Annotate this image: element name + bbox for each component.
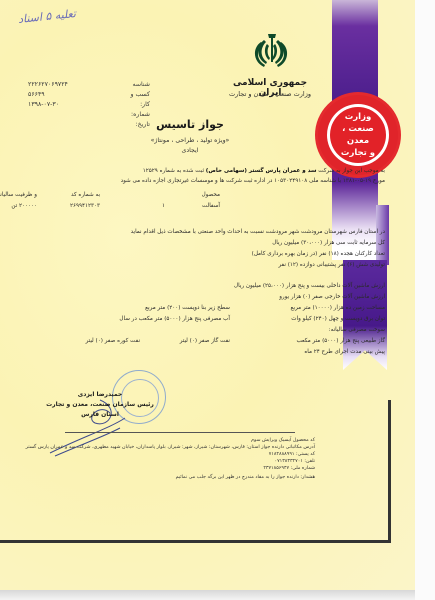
seal-line-3: و تجارت (330, 147, 386, 159)
domestic-machinery-line: ارزش ماشین آلات داخلی بیست و پنج هزار (۲… (234, 283, 385, 289)
footer-warning: هشدار: دارنده جواز را به مفاد مندرج در ظ… (176, 475, 315, 480)
footer-address: آدرس مکاتباتی دارنده جواز استان: فارس، ش… (26, 445, 315, 450)
power-line: توان برق دویست و چهل (۲۴۰) کیلو وات (291, 316, 385, 322)
natural-gas-line: گاز طبیعی پنج هزار (۵۰۰۰) متر مکعب (296, 338, 385, 344)
province-line: در استان فارس شهرستان مرودشت شهر مرودشت … (131, 229, 385, 235)
footer-national-id: شماره ملی: ۲۳۷۱۸۵۶۹۴۷ (263, 466, 315, 471)
row-capacity: ۲۰۰۰۰۰ تن (11, 203, 37, 209)
workers-line: تعداد کارکنان هجده (۱۸) نفر (در زمان بهر… (252, 251, 385, 257)
footer-postal: کد پستی: ۷۱۸۴۸۸۸۹۹۱ (269, 452, 315, 457)
fuel-title: سوخت مصرفی سالیانه: (329, 327, 385, 333)
workers-detail-line: تولیدی شش (۶) نفر پشتیبانی دوازده (۱۲) ن… (278, 262, 385, 268)
row-code: ۲۶۹۹۴۱۲۳۰۳ (70, 203, 100, 209)
footer-phone: تلفن: ۰۷۱۳۸۳۳۲۷۰۱ (275, 459, 316, 464)
signatory-name: حمیدرضا ایزدی (40, 390, 160, 400)
company-name: سد و عمران پارس گستر (سهامی خاص) (206, 168, 317, 174)
col-header-code: به شماره کد (71, 192, 100, 198)
business-id-label: شناسه کسب و کار: (120, 80, 150, 110)
signature-block: حمیدرضا ایزدی رئیس سازمان صنعت، معدن و ت… (40, 390, 160, 420)
date-value: ۱۳۹۸-۰۷-۳۰ (28, 100, 88, 110)
document-title: جواز تاسیس (120, 118, 260, 131)
gas-oil-line: نفت گاز صفر (۰) لیتر (180, 338, 230, 344)
document-subtitle: «ویژه تولید ، طراحی ، مونتاژ» ایجادی (110, 136, 270, 156)
col-header-capacity: و ظرفیت سالیانه (0, 192, 37, 198)
ministry-seal: وزارت صنعت ، معدن و تجارت (318, 95, 398, 175)
meta-values: ۲۲۲۶۲۷۰۶۹۷۲۴ ۵۶۶۴۹ ۱۳۹۸-۰۷-۳۰ (28, 80, 88, 110)
col-header-product: محصول (202, 192, 220, 198)
frame-border-right (388, 400, 391, 542)
row-product: آسفالت (202, 203, 220, 209)
scan-margin (415, 0, 435, 600)
capital-line: کل سرمایه ثابت سی هزار (۳۰،۰۰۰) میلیون ر… (272, 240, 385, 246)
frame-border-bottom (0, 540, 391, 543)
foreign-machinery-line: ارزش ماشین آلات خارجی صفر (۰) هزار یورو (279, 294, 385, 300)
seal-line-2: صنعت ، معدن (330, 123, 386, 147)
body-line-1: به موجب این جواز به شرکت سد و عمران پارس… (143, 168, 385, 174)
built-area-line: سطح زیر بنا دویست (۲۰۰) متر مربع (145, 305, 230, 311)
fuel-oil-line: نفت کوره صفر (۰) لیتر (86, 338, 140, 344)
duration-line: پیش بینی مدت اجرای طرح ۲۴ ماه (304, 349, 385, 355)
subtitle-type: «ویژه تولید ، طراحی ، مونتاژ» (110, 136, 270, 146)
body-line-2: مورخ ۱۹-۰۵-۱۳۸۱ با شناسه ملی ۱۰۵۳۰۲۴۹۱۰۸… (121, 178, 385, 184)
subtitle-kind: ایجادی (110, 146, 270, 156)
signatory-position: رئیس سازمان صنعت، معدن و تجارت استان فار… (40, 400, 160, 420)
row-index: ۱ (162, 203, 165, 209)
footer-isic: کد محصول آیسیک ویرایش سوم (251, 438, 315, 443)
ministry-name: وزارت صنعت ، معدن و تجارت (215, 90, 325, 98)
land-area-line: مساحت زمین ده هزار (۱۰۰۰۰) متر مربع (291, 305, 385, 311)
seal-line-1: وزارت (330, 111, 386, 123)
number-value: ۵۶۶۴۹ (28, 90, 88, 100)
page-edge (0, 590, 435, 600)
iran-emblem-icon (250, 32, 292, 72)
water-line: آب مصرفی پنج هزار (۵۰۰۰) متر مکعب در سال (119, 316, 230, 322)
business-id-value: ۲۲۲۶۲۷۰۶۹۷۲۴ (28, 80, 88, 90)
divider (65, 432, 295, 433)
